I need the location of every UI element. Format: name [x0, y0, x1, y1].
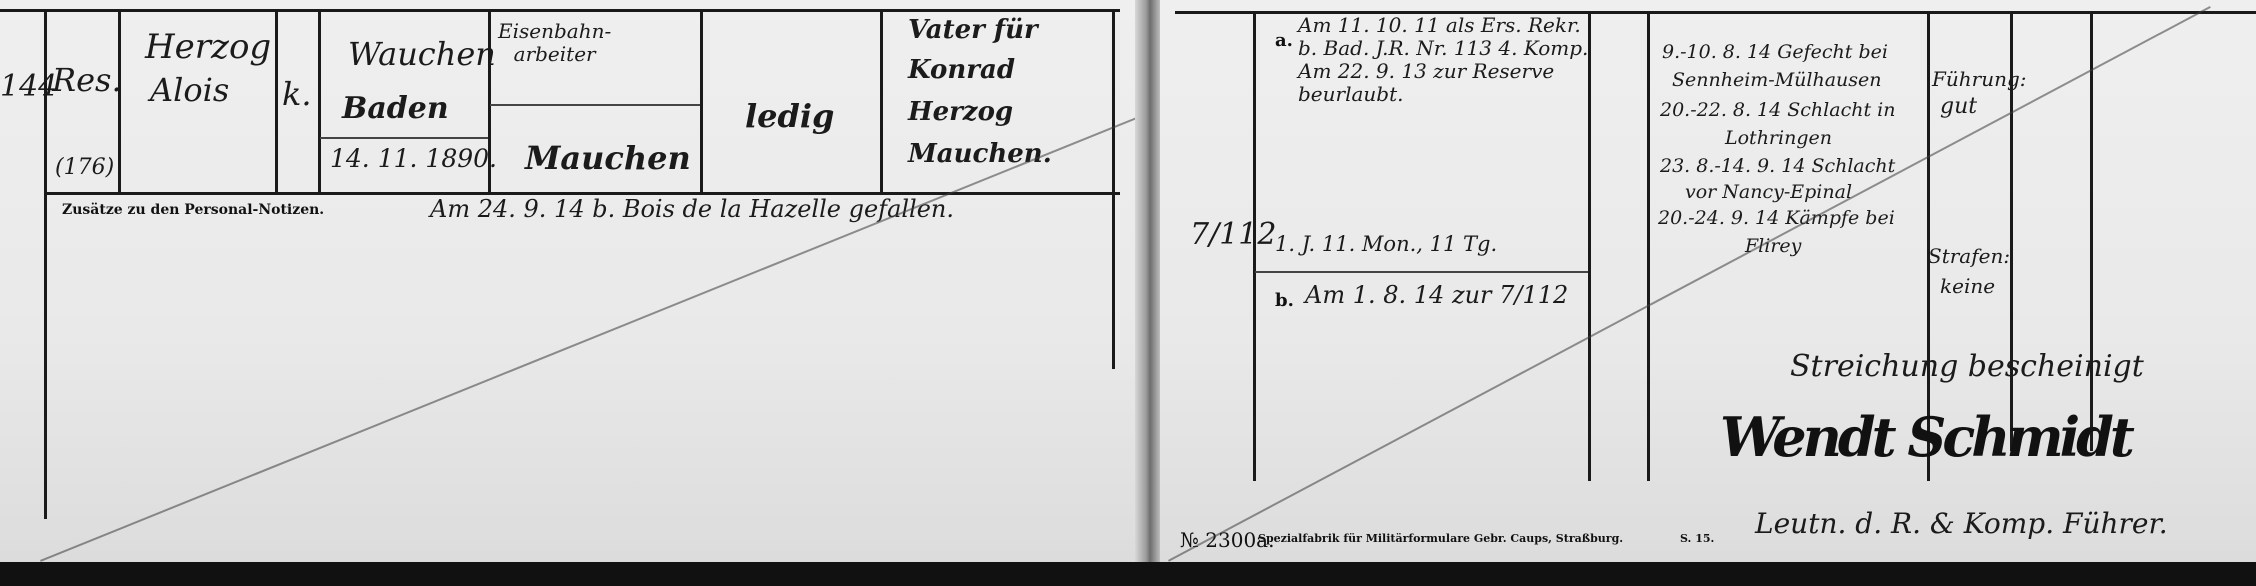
punishments-value: keine [1940, 275, 1995, 298]
service-time: 1. J. 11. Mon., 11 Tg. [1275, 232, 1497, 256]
campaign-line: 9.-10. 8. 14 Gefecht bei [1662, 42, 1888, 64]
printer-line: Spezialfabrik für Militärformulare Gebr.… [1258, 532, 1623, 545]
punishments-label: Strafen: [1928, 245, 2010, 268]
surname: Herzog [145, 28, 271, 67]
column-divider [275, 9, 278, 192]
page-edge-line [1112, 9, 1115, 369]
campaign-line: vor Nancy-Epinal [1685, 182, 1852, 204]
section-a-line: Am 22. 9. 13 zur Reserve [1298, 60, 1554, 83]
left-page: 144 Res. (176) Herzog Alois k. Wauchen B… [0, 0, 1135, 562]
birth-date: 14. 11. 1890. [330, 145, 497, 174]
campaign-line: Sennheim-Mülhausen [1672, 70, 1882, 92]
parents-line-4: Mauchen. [908, 140, 1052, 170]
campaign-line: 20.-24. 9. 14 Kämpfe bei [1658, 208, 1895, 230]
parents-line-3: Herzog [908, 98, 1013, 128]
campaign-line: Lothringen [1725, 128, 1832, 150]
section-a-label: a. [1275, 30, 1293, 51]
occupation-rule [490, 104, 700, 106]
occupation: Eisenbahn- arbeiter [498, 20, 611, 66]
conduct-label: Führung: [1932, 68, 2027, 91]
top-rule [0, 9, 1120, 12]
column-divider [2090, 11, 2093, 451]
right-page: 7/112 a. Am 11. 10. 11 als Ers. Rekr. b.… [1160, 0, 2256, 562]
given-name: Alois [150, 72, 229, 109]
unit-fraction: 7/112 [1190, 218, 1276, 253]
printer-code: S. 15. [1680, 532, 1714, 545]
additions-text: Am 24. 9. 14 b. Bois de la Hazelle gefal… [430, 196, 954, 224]
deletion-note: Streichung bescheinigt [1790, 350, 2144, 385]
section-b-text: Am 1. 8. 14 zur 7/112 [1305, 282, 1568, 310]
column-divider [1588, 11, 1591, 481]
birth-district: Baden [342, 92, 449, 127]
parents-line-2: Konrad [908, 56, 1015, 86]
column-divider [118, 9, 121, 192]
section-a-line: Am 11. 10. 11 als Ers. Rekr. [1298, 14, 1581, 37]
birth-date-rule [320, 137, 488, 139]
scan-border [0, 562, 2256, 586]
campaign-line: 23. 8.-14. 9. 14 Schlacht [1660, 156, 1895, 178]
rank-note: (176) [55, 155, 114, 180]
column-divider [880, 9, 883, 192]
section-b-label: b. [1275, 290, 1294, 311]
religion: k. [282, 76, 312, 113]
parents-line-1: Vater für [908, 16, 1038, 46]
conduct-value: gut [1940, 94, 1977, 119]
birth-place: Wauchen [348, 36, 496, 73]
row-number: 144 [0, 70, 57, 105]
campaign-line: 20.-22. 8. 14 Schlacht in [1660, 100, 1895, 122]
section-a-line: beurlaubt. [1298, 83, 1403, 106]
signer-title: Leutn. d. R. & Komp. Führer. [1755, 508, 2168, 540]
column-divider [700, 9, 703, 192]
rank: Res. [52, 62, 122, 99]
section-a-line: b. Bad. J.R. Nr. 113 4. Komp. [1298, 37, 1588, 60]
signature: Wendt Schmidt [1720, 405, 2131, 469]
column-divider [318, 9, 321, 192]
book-spine [1135, 0, 1160, 562]
additions-heading: Zusätze zu den Personal-Notizen. [62, 202, 324, 218]
marital-status: ledig [745, 98, 834, 135]
column-divider [1647, 11, 1650, 481]
section-divider [1255, 271, 1588, 273]
residence: Mauchen [525, 140, 691, 177]
